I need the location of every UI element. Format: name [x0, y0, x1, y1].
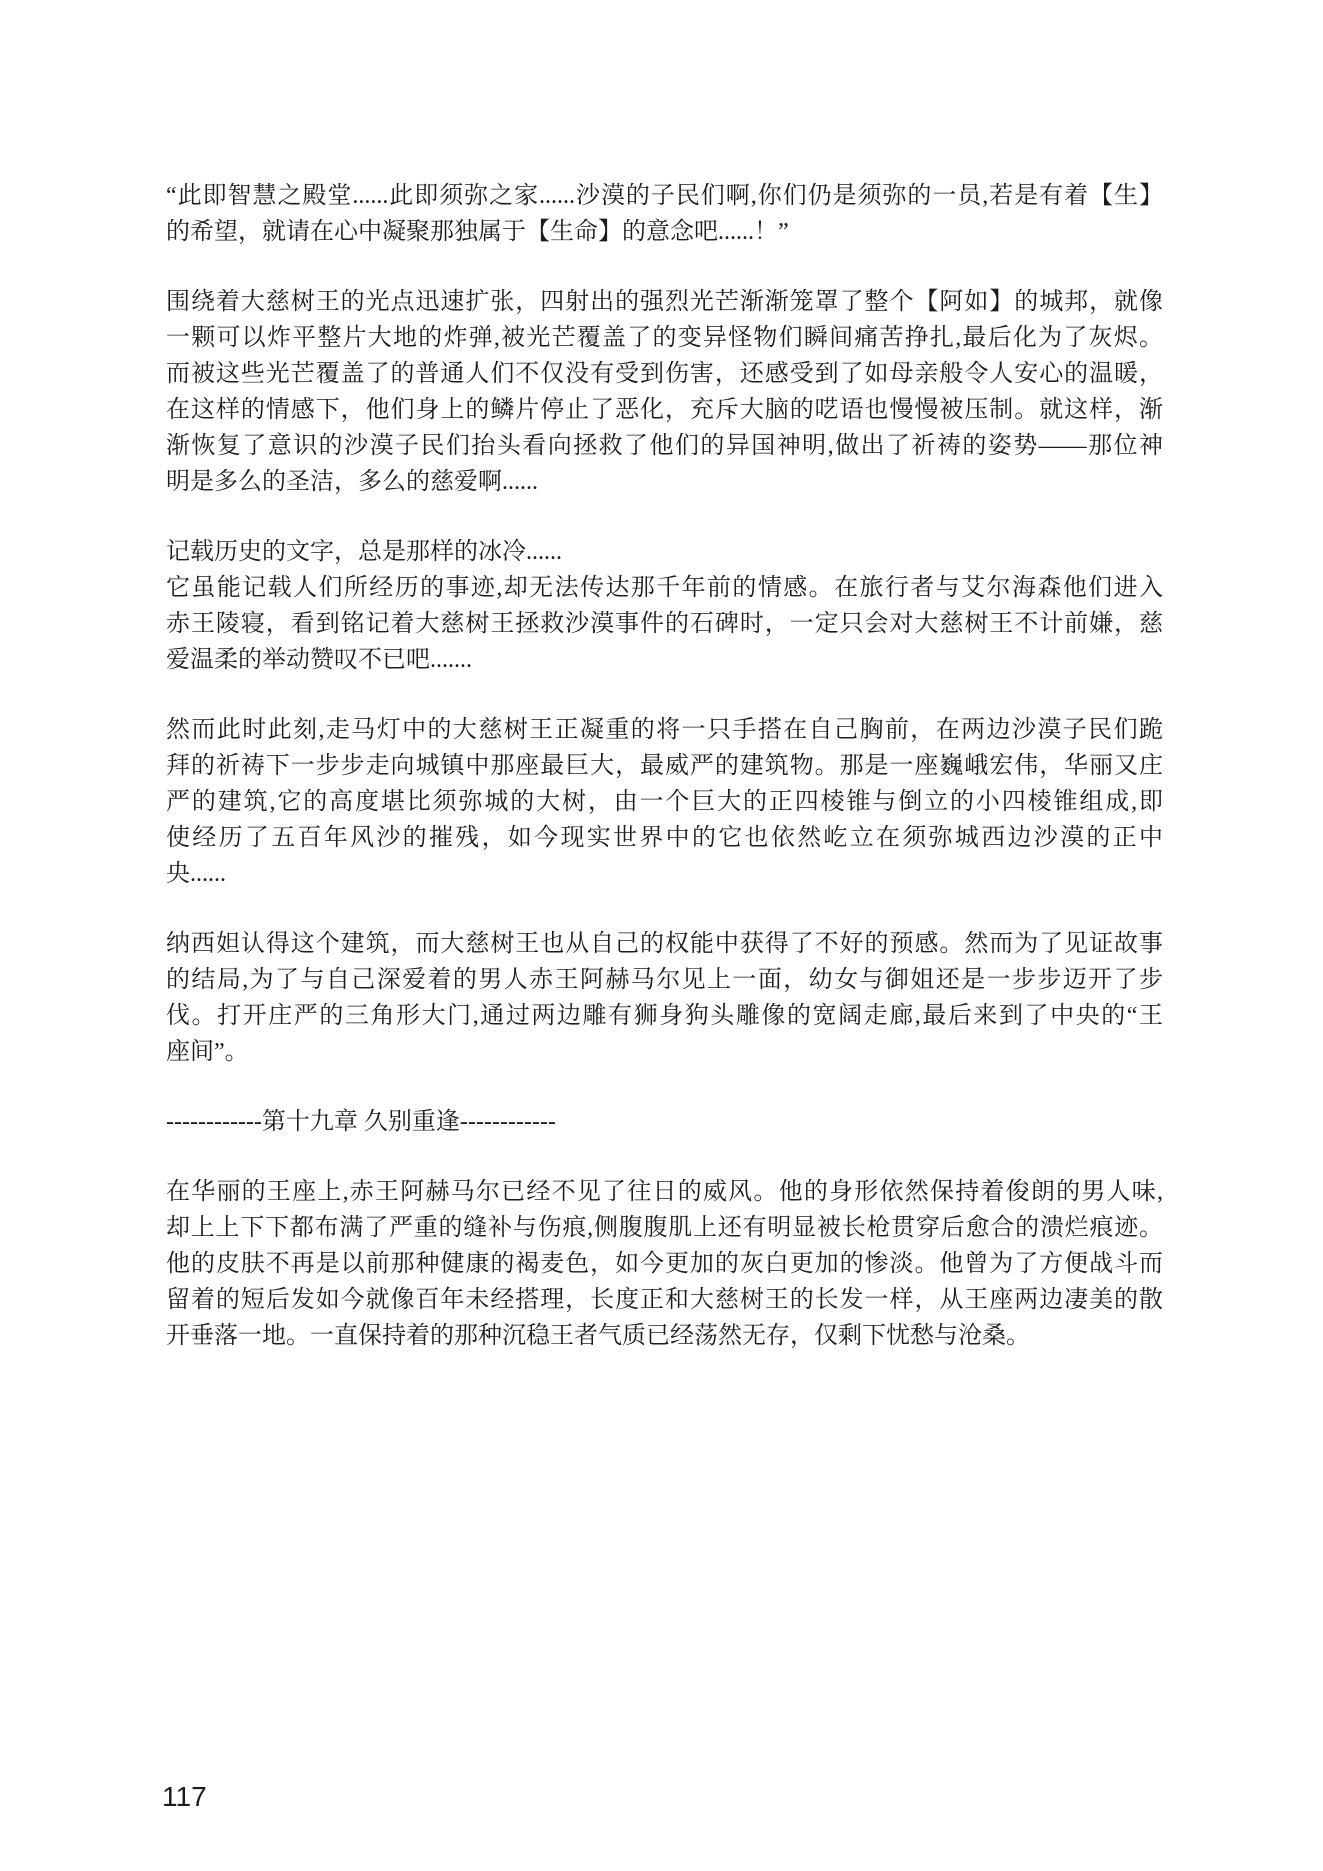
text-line: 而被这些光芒覆盖了的普通人们不仅没有受到伤害，还感受到了如母亲般令人安心的温暖，: [166, 356, 1163, 392]
text-line: 的希望，就请在心中凝聚那独属于【生命】的意念吧......！”: [166, 214, 1163, 250]
text-line: 记载历史的文字，总是那样的冰冷......: [166, 534, 1163, 570]
chapter-heading: ------------第十九章 久别重逢------------: [166, 1104, 1163, 1140]
paragraph: 记载历史的文字，总是那样的冰冷......: [166, 534, 1163, 570]
paragraph: 然而此时此刻,走马灯中的大慈树王正凝重的将一只手搭在自己胸前，在两边沙漠子民们跪…: [166, 712, 1163, 892]
page-number: 117: [162, 1782, 207, 1812]
text-line: 他的皮肤不再是以前那种健康的褐麦色，如今更加的灰白更加的惨淡。他曾为了方便战斗而: [166, 1246, 1163, 1282]
paragraph: 它虽能记载人们所经历的事迹,却无法传达那千年前的情感。在旅行者与艾尔海森他们进入…: [166, 570, 1163, 678]
document-page: “此即智慧之殿堂......此即须弥之家......沙漠的子民们啊,你们仍是须弥…: [0, 0, 1323, 1871]
text-line: 开垂落一地。一直保持着的那种沉稳王者气质已经荡然无存，仅剩下忧愁与沧桑。: [166, 1318, 1163, 1354]
paragraph: “此即智慧之殿堂......此即须弥之家......沙漠的子民们啊,你们仍是须弥…: [166, 178, 1163, 250]
text-line: 严的建筑,它的高度堪比须弥城的大树，由一个巨大的正四棱锥与倒立的小四棱锥组成,即: [166, 784, 1163, 820]
text-line: 伐。打开庄严的三角形大门,通过两边雕有狮身狗头雕像的宽阔走廊,最后来到了中央的“…: [166, 998, 1163, 1034]
paragraph: 在华丽的王座上,赤王阿赫马尔已经不见了往日的威风。他的身形依然保持着俊朗的男人味…: [166, 1174, 1163, 1354]
text-line: 爱温柔的举动赞叹不已吧.......: [166, 642, 1163, 678]
text-line: 明是多么的圣洁，多么的慈爱啊......: [166, 464, 1163, 500]
text-line: 在这样的情感下，他们身上的鳞片停止了恶化，充斥大脑的呓语也慢慢被压制。就这样，渐: [166, 392, 1163, 428]
text-line: 座间”。: [166, 1034, 1163, 1070]
text-line: 央......: [166, 856, 1163, 892]
text-line: 使经历了五百年风沙的摧残，如今现实世界中的它也依然屹立在须弥城西边沙漠的正中: [166, 820, 1163, 856]
text-line: 的结局,为了与自己深爱着的男人赤王阿赫马尔见上一面，幼女与御姐还是一步步迈开了步: [166, 962, 1163, 998]
text-line: 留着的短后发如今就像百年未经搭理，长度正和大慈树王的长发一样，从王座两边凄美的散: [166, 1282, 1163, 1318]
text-line: ------------第十九章 久别重逢------------: [166, 1104, 1163, 1140]
text-line: 一颗可以炸平整片大地的炸弹,被光芒覆盖了的变异怪物们瞬间痛苦挣扎,最后化为了灰烬…: [166, 320, 1163, 356]
text-line: 然而此时此刻,走马灯中的大慈树王正凝重的将一只手搭在自己胸前，在两边沙漠子民们跪: [166, 712, 1163, 748]
text-line: 渐恢复了意识的沙漠子民们抬头看向拯救了他们的异国神明,做出了祈祷的姿势——那位神: [166, 428, 1163, 464]
text-line: 在华丽的王座上,赤王阿赫马尔已经不见了往日的威风。他的身形依然保持着俊朗的男人味…: [166, 1174, 1163, 1210]
text-line: 纳西妲认得这个建筑，而大慈树王也从自己的权能中获得了不好的预感。然而为了见证故事: [166, 926, 1163, 962]
text-line: 拜的祈祷下一步步走向城镇中那座最巨大，最威严的建筑物。那是一座巍峨宏伟，华丽又庄: [166, 748, 1163, 784]
document-body: “此即智慧之殿堂......此即须弥之家......沙漠的子民们啊,你们仍是须弥…: [166, 178, 1163, 1388]
text-line: “此即智慧之殿堂......此即须弥之家......沙漠的子民们啊,你们仍是须弥…: [166, 178, 1163, 214]
text-line: 却上上下下都布满了严重的缝补与伤痕,侧腹腹肌上还有明显被长枪贯穿后愈合的溃烂痕迹…: [166, 1210, 1163, 1246]
text-line: 赤王陵寝，看到铭记着大慈树王拯救沙漠事件的石碑时，一定只会对大慈树王不计前嫌，慈: [166, 606, 1163, 642]
text-line: 它虽能记载人们所经历的事迹,却无法传达那千年前的情感。在旅行者与艾尔海森他们进入: [166, 570, 1163, 606]
paragraph: 围绕着大慈树王的光点迅速扩张，四射出的强烈光芒渐渐笼罩了整个【阿如】的城邦，就像…: [166, 284, 1163, 500]
text-line: 围绕着大慈树王的光点迅速扩张，四射出的强烈光芒渐渐笼罩了整个【阿如】的城邦，就像: [166, 284, 1163, 320]
paragraph: 纳西妲认得这个建筑，而大慈树王也从自己的权能中获得了不好的预感。然而为了见证故事…: [166, 926, 1163, 1070]
